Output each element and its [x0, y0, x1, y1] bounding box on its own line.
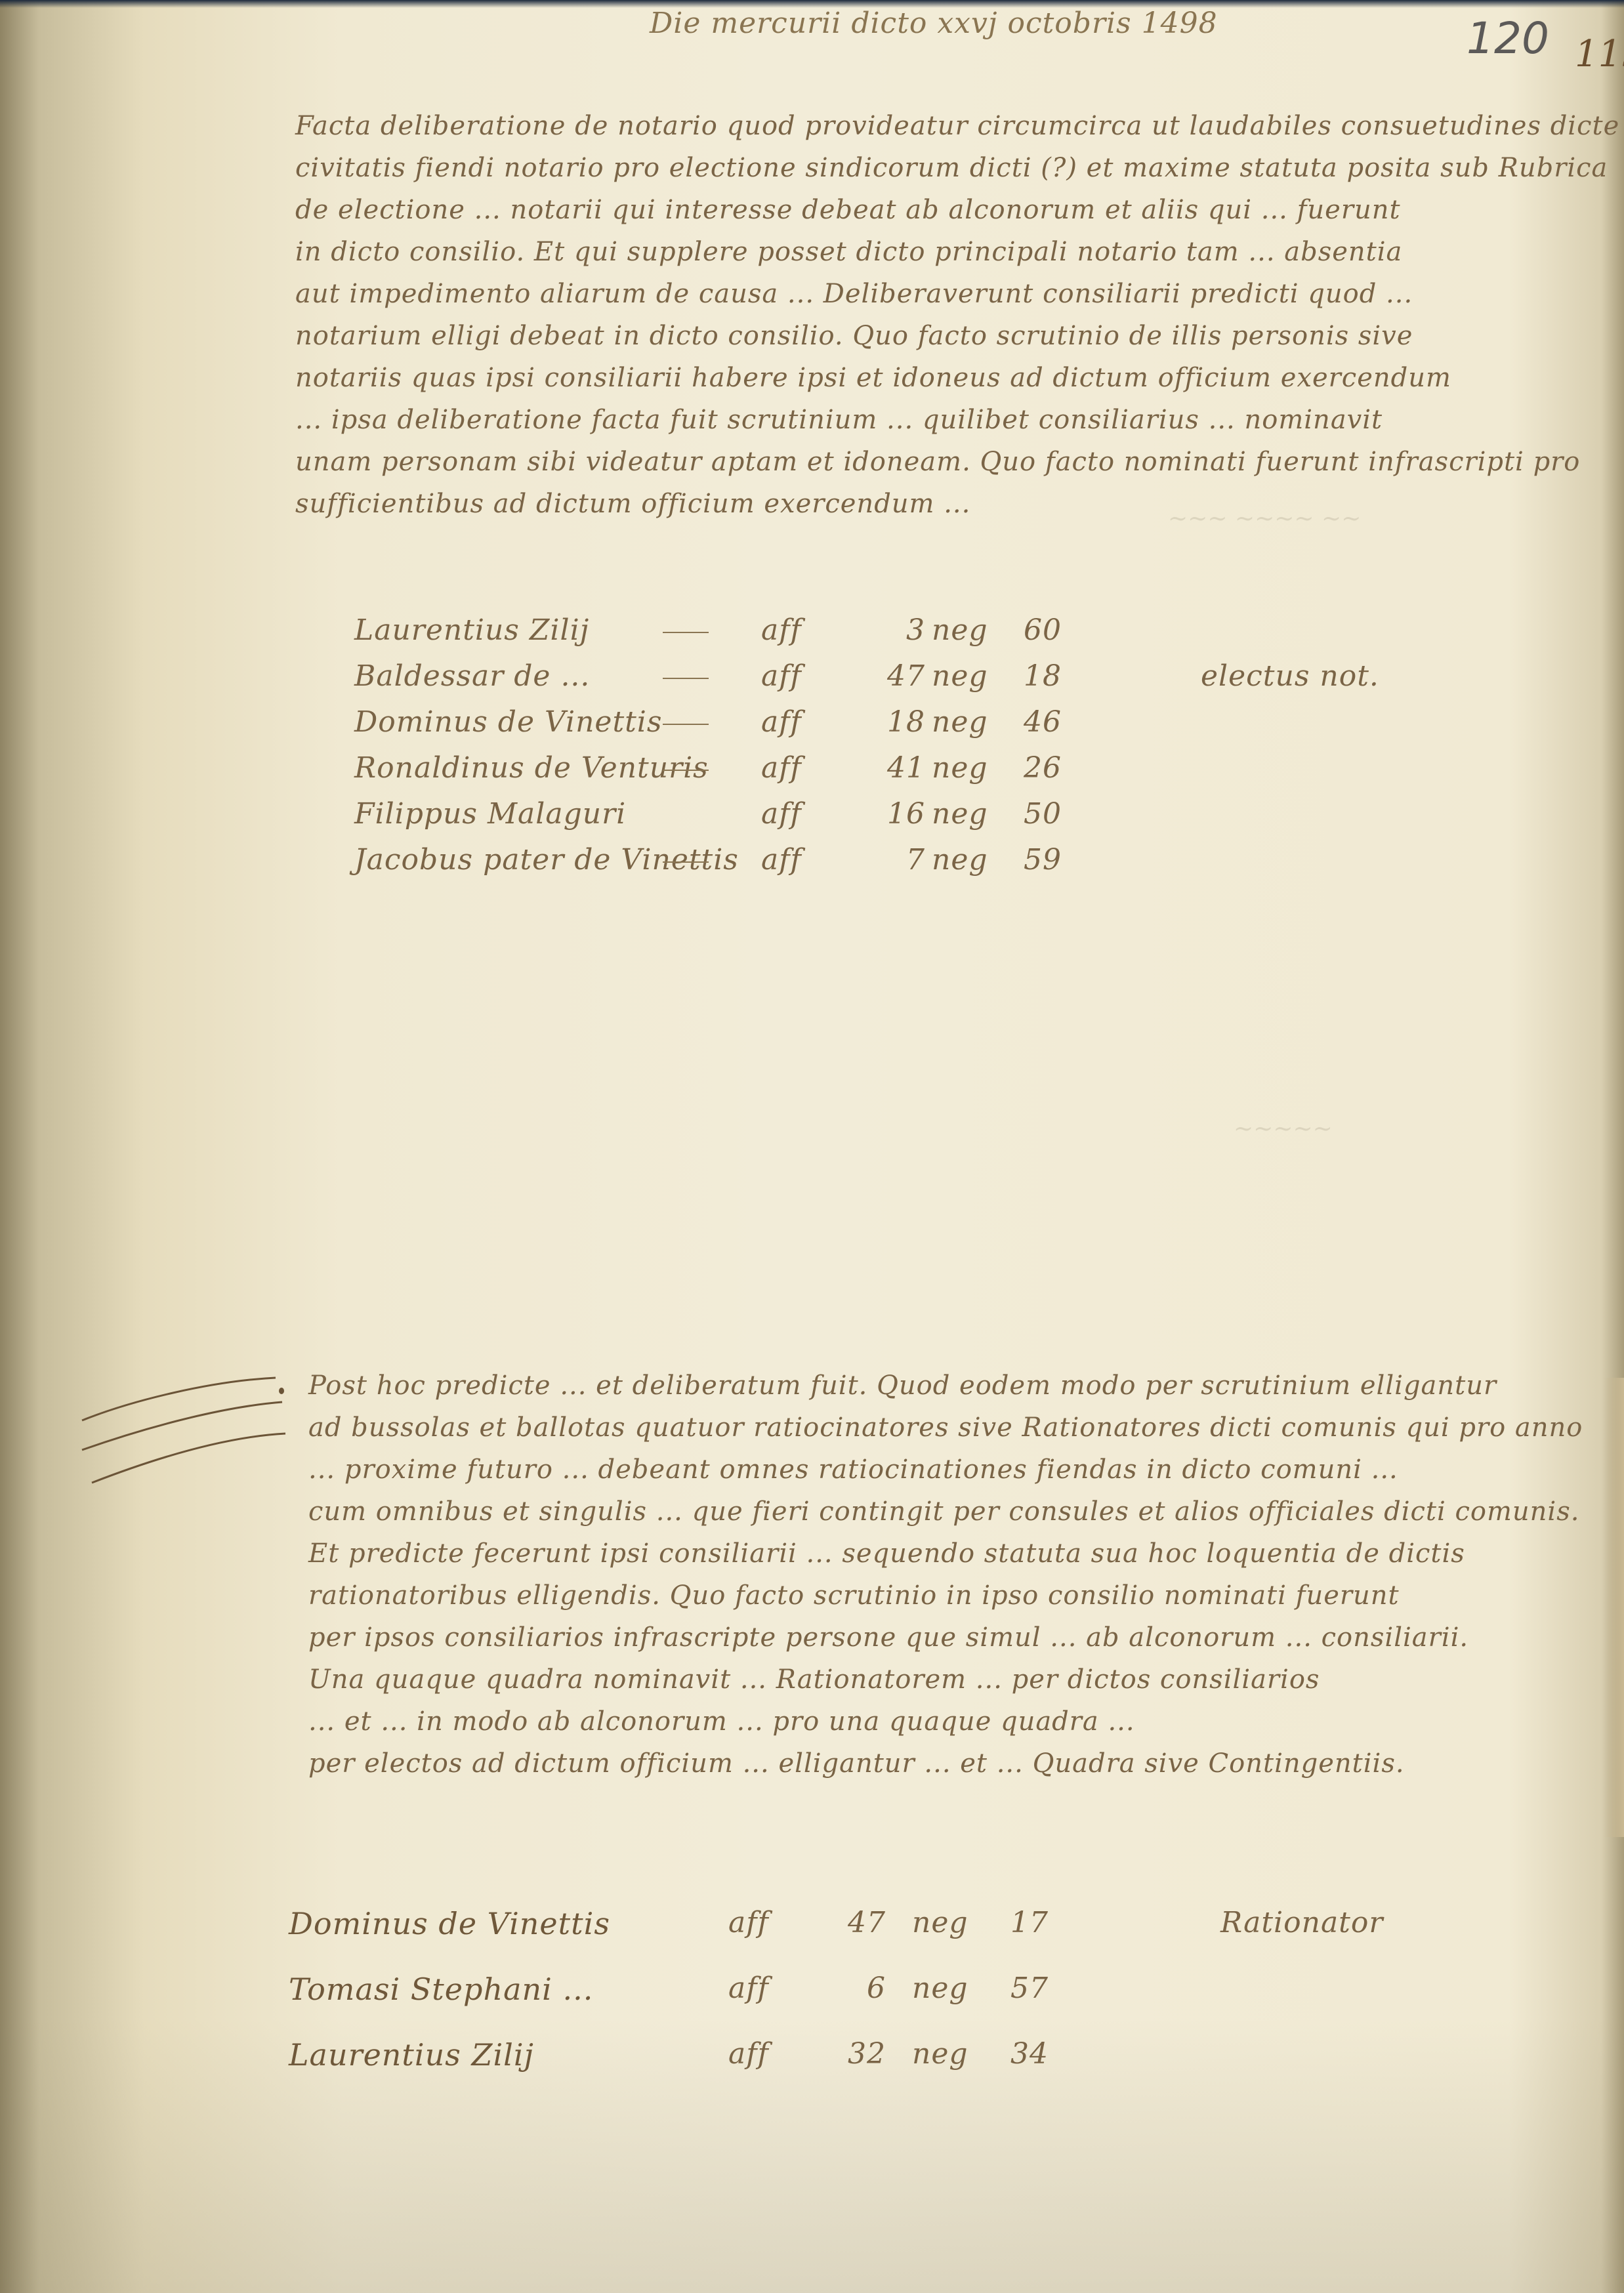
- aff-label: aff: [728, 1906, 769, 1939]
- aff-label: aff: [761, 797, 802, 831]
- aff-label: aff: [728, 2037, 769, 2071]
- text-line: rationatoribus elligendis. Quo facto scr…: [308, 1575, 1588, 1617]
- neg-label: neg: [932, 843, 988, 877]
- neg-count: 59: [1024, 843, 1062, 877]
- neg-count: 60: [1024, 613, 1062, 647]
- aff-label: aff: [761, 751, 802, 785]
- candidate-name: Laurentius Zilij: [354, 613, 589, 647]
- paragraph-deliberation-rationatores: Post hoc predicte ... et deliberatum fui…: [308, 1365, 1588, 1785]
- candidate-name: Baldessar de ...: [354, 659, 590, 693]
- aff-count: 18: [866, 705, 925, 739]
- neg-label: neg: [912, 1972, 968, 2005]
- aff-count: 32: [827, 2037, 886, 2071]
- text-line: de electione ... notarii qui interesse d…: [295, 189, 1575, 231]
- text-line: Facta deliberatione de notario quod prov…: [295, 105, 1575, 147]
- text-line: Et predicte fecerunt ipsi consiliarii ..…: [308, 1533, 1588, 1575]
- folio-number-ink: 119: [1575, 33, 1624, 75]
- neg-label: neg: [932, 659, 988, 693]
- neg-count: 17: [1010, 1906, 1049, 1939]
- aff-label: aff: [761, 613, 802, 647]
- dash-divider: [663, 724, 709, 725]
- text-line: ... proxime futuro ... debeant omnes rat…: [308, 1449, 1588, 1491]
- aff-count: 16: [866, 797, 925, 831]
- neg-count: 26: [1024, 751, 1062, 785]
- candidate-name: Filippus Malaguri: [354, 797, 626, 831]
- bleed-through-text: ~~~~~: [1234, 1115, 1333, 1142]
- text-line: in dicto consilio. Et qui supplere posse…: [295, 231, 1575, 273]
- neg-count: 46: [1024, 705, 1062, 739]
- text-line: per electos ad dictum officium ... ellig…: [308, 1743, 1588, 1785]
- aff-count: 7: [866, 843, 925, 877]
- text-line: ... et ... in modo ab alconorum ... pro …: [308, 1701, 1588, 1743]
- candidate-name: Tomasi Stephani ...: [289, 1972, 593, 2007]
- margin-dot: [279, 1388, 284, 1394]
- dash-divider: [663, 678, 709, 679]
- neg-label: neg: [912, 1906, 968, 1939]
- neg-label: neg: [932, 613, 988, 647]
- elected-note: electus not.: [1201, 659, 1379, 693]
- page-header-date: Die mercurii dicto xxvj octobris 1498: [650, 7, 1218, 40]
- text-line: Post hoc predicte ... et deliberatum fui…: [308, 1365, 1588, 1407]
- neg-label: neg: [932, 751, 988, 785]
- text-line: ad bussolas et ballotas quatuor ratiocin…: [308, 1407, 1588, 1449]
- aff-count: 6: [827, 1972, 886, 2005]
- text-line: aut impedimento aliarum de causa ... Del…: [295, 273, 1575, 315]
- aff-count: 3: [866, 613, 925, 647]
- candidate-name: Dominus de Vinettis: [289, 1906, 610, 1941]
- neg-label: neg: [912, 2037, 968, 2071]
- text-line: civitatis fiendi notario pro electione s…: [295, 147, 1575, 189]
- page-edge-shadow: [1604, 1378, 1624, 1837]
- margin-pen-strokes-icon: [79, 1368, 295, 1539]
- neg-count: 50: [1024, 797, 1062, 831]
- text-line: Una quaque quadra nominavit ... Rationat…: [308, 1659, 1588, 1701]
- neg-count: 18: [1024, 659, 1062, 693]
- neg-count: 34: [1010, 2037, 1049, 2071]
- text-line: notarium elligi debeat in dicto consilio…: [295, 315, 1575, 357]
- dash-divider: [663, 861, 709, 863]
- elected-note: Rationator: [1220, 1906, 1383, 1939]
- text-line: sufficientibus ad dictum officium exerce…: [295, 483, 1575, 525]
- dash-divider: [663, 770, 709, 771]
- aff-count: 47: [866, 659, 925, 693]
- aff-label: aff: [728, 1972, 769, 2005]
- candidate-name: Laurentius Zilij: [289, 2037, 534, 2073]
- aff-label: aff: [761, 705, 802, 739]
- aff-label: aff: [761, 843, 802, 877]
- text-line: ... ipsa deliberatione facta fuit scruti…: [295, 399, 1575, 441]
- neg-count: 57: [1010, 1972, 1049, 2005]
- text-line: notariis quas ipsi consiliarii habere ip…: [295, 357, 1575, 399]
- folio-number-pencil: 120: [1467, 13, 1549, 64]
- text-line: unam personam sibi videatur aptam et ido…: [295, 441, 1575, 483]
- candidate-name: Dominus de Vinettis: [354, 705, 662, 739]
- text-line: per ipsos consiliarios infrascripte pers…: [308, 1617, 1588, 1659]
- aff-count: 47: [827, 1906, 886, 1939]
- aff-label: aff: [761, 659, 802, 693]
- neg-label: neg: [932, 797, 988, 831]
- candidate-name: Jacobus pater de Vinettis: [354, 843, 739, 877]
- candidate-name: Ronaldinus de Venturis: [354, 751, 709, 785]
- aff-count: 41: [866, 751, 925, 785]
- dash-divider: [663, 632, 709, 633]
- paragraph-deliberation-notary: Facta deliberatione de notario quod prov…: [295, 105, 1575, 525]
- neg-label: neg: [932, 705, 988, 739]
- text-line: cum omnibus et singulis ... que fieri co…: [308, 1491, 1588, 1533]
